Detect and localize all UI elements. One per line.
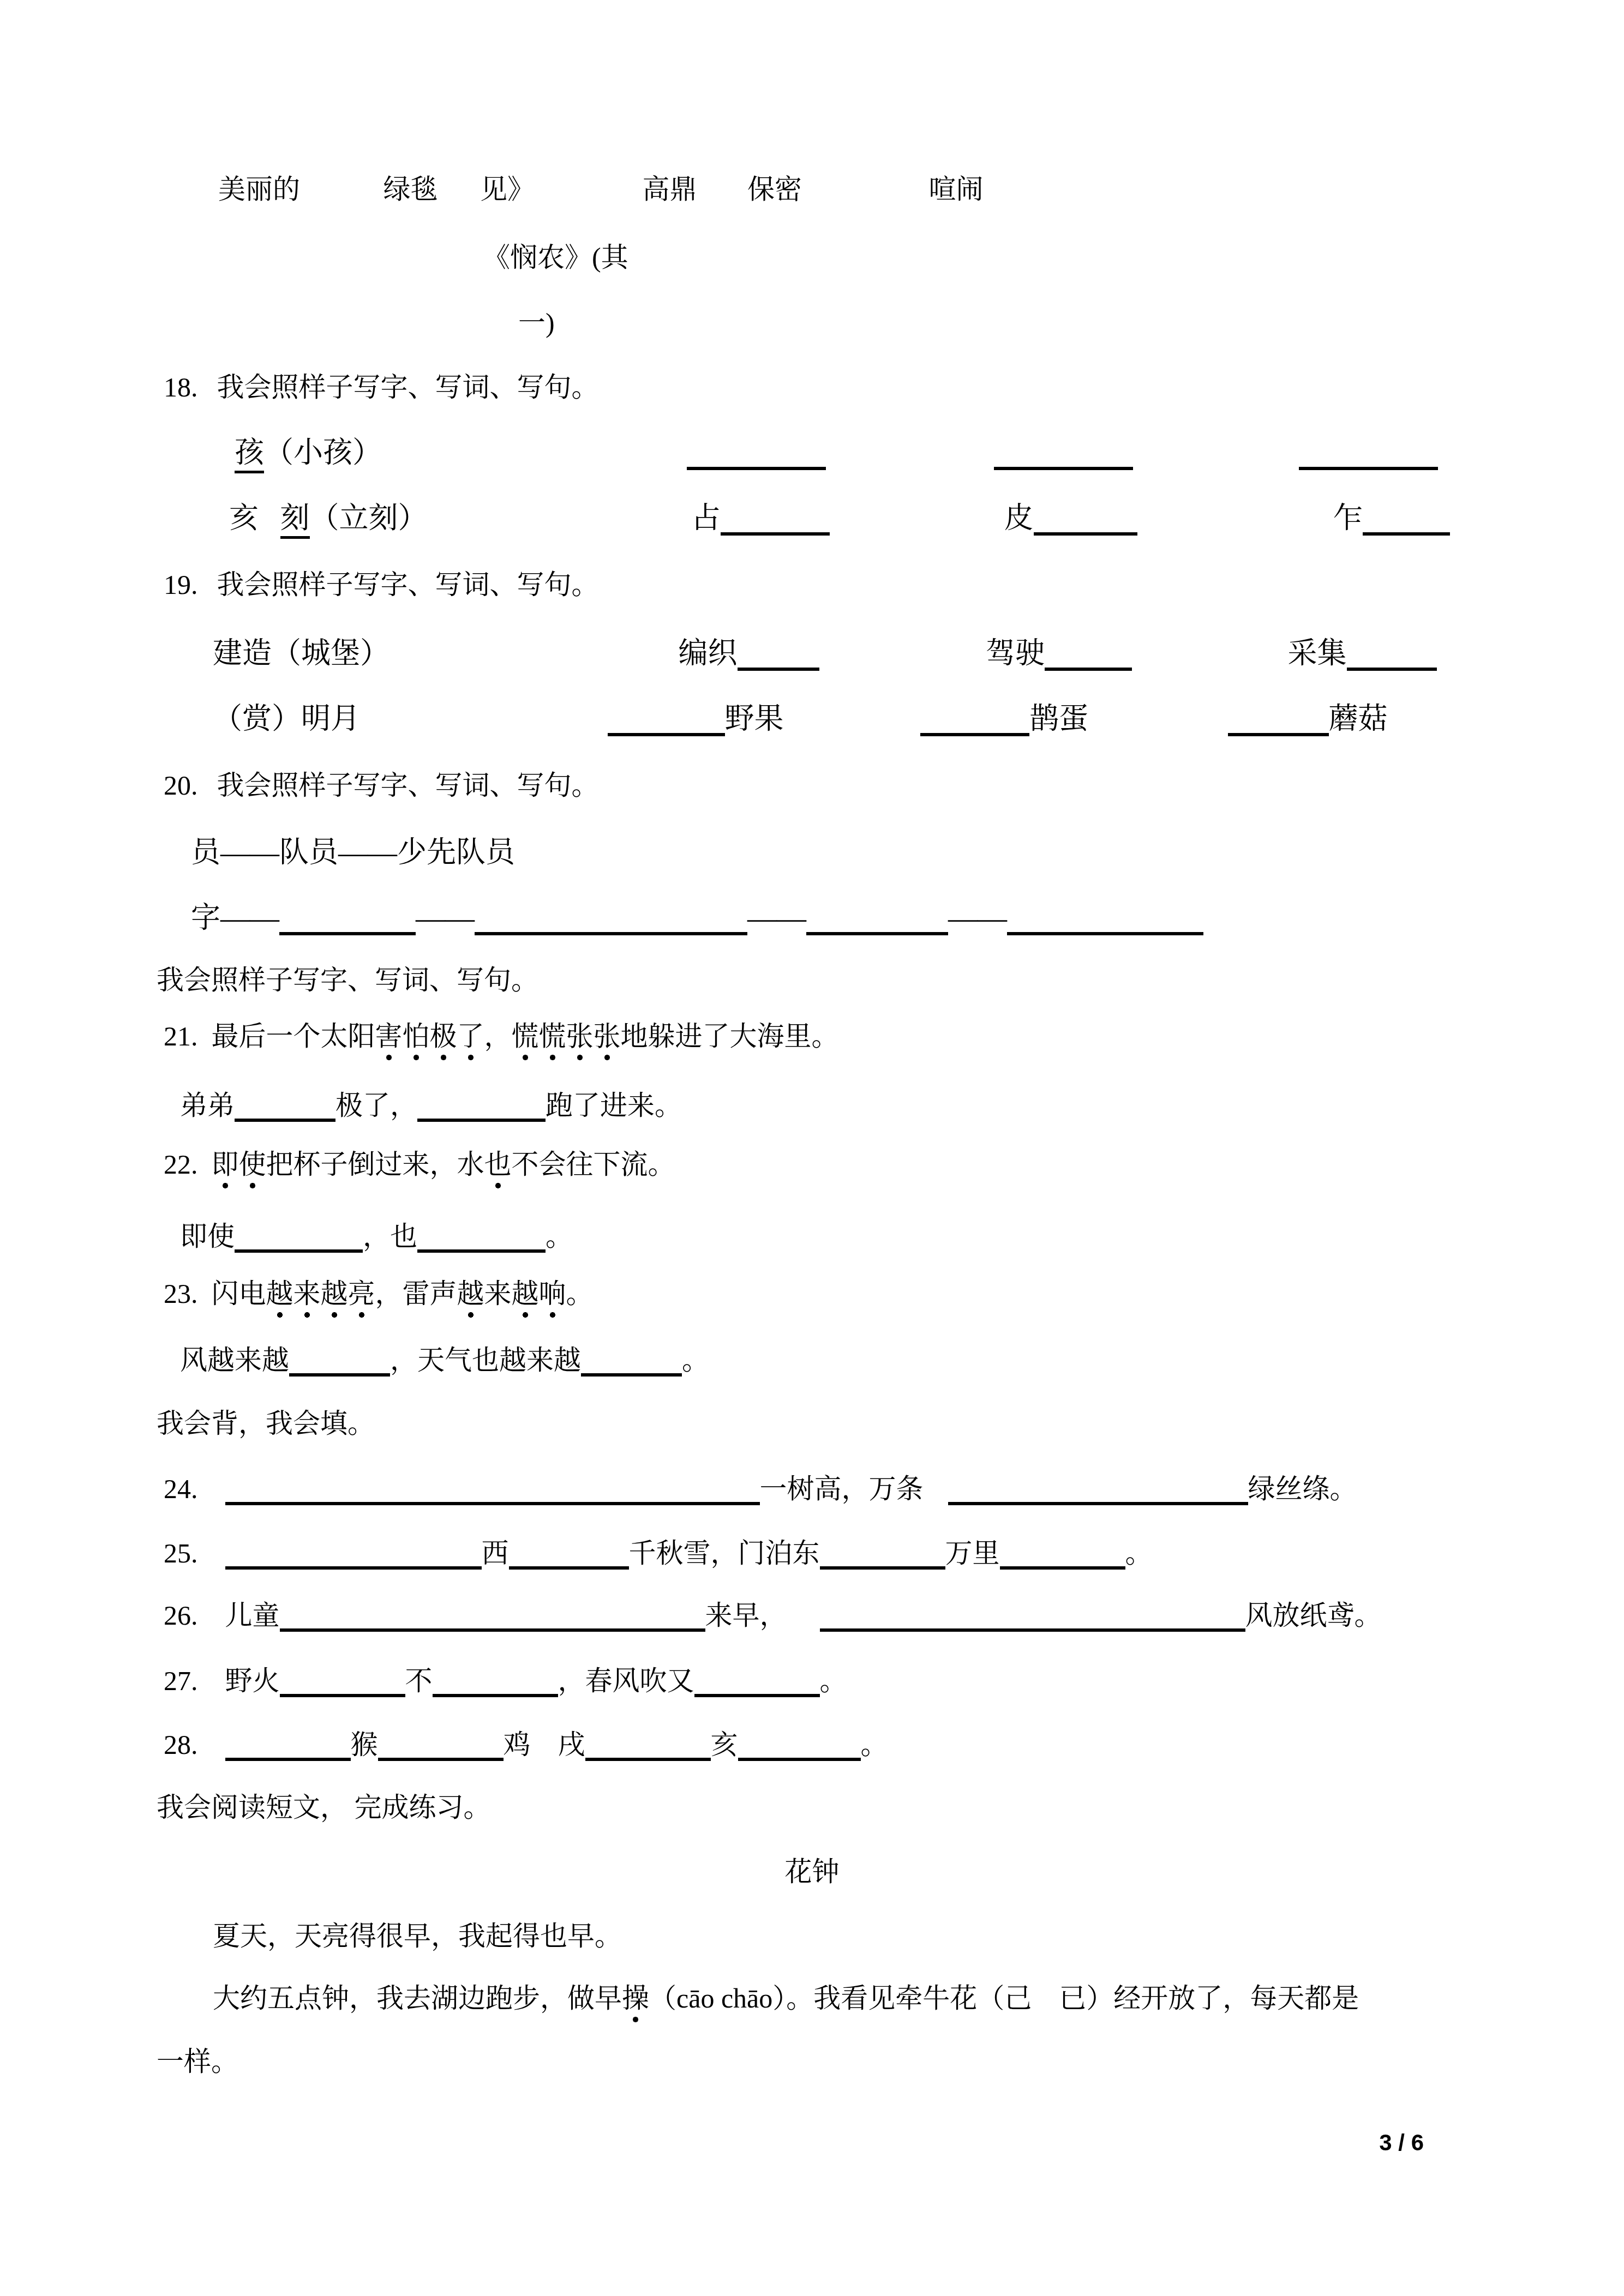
- question-19-row2: （赏）明月 野果 鹊蛋 蘑菇: [164, 700, 1388, 738]
- passage-segment: 大约五点钟，我去湖边跑步，做早: [213, 1983, 622, 2013]
- question-number: 28.: [164, 1729, 198, 1760]
- fill-text: 。: [546, 1221, 573, 1252]
- practice-word: 驾驶: [986, 637, 1045, 670]
- blank-line: [280, 1606, 705, 1632]
- fill-text: 风放纸鸢。: [1245, 1600, 1382, 1631]
- question-number: 25.: [164, 1538, 198, 1568]
- dash: ——: [416, 901, 475, 934]
- question-24: 24.一树高，万条绿丝绦。: [164, 1471, 1357, 1507]
- question-number: 27.: [164, 1666, 198, 1696]
- sentence-segment: 。: [566, 1278, 594, 1309]
- fill-text: 。: [682, 1345, 709, 1375]
- blank-line: [585, 1735, 711, 1762]
- sentence-segment: 闪电: [212, 1278, 266, 1309]
- question-27: 27.野火不，春风吹又。: [164, 1663, 847, 1699]
- fill-text: 一树高，万条: [760, 1474, 924, 1504]
- dash: ——: [747, 901, 806, 934]
- word-bank-item: 绿毯: [383, 172, 438, 207]
- blank-line: [225, 1543, 482, 1570]
- question-20-stem: 20.我会照样子写字、写词、写句。: [164, 768, 599, 803]
- passage-paragraph-1: 夏天，天亮得很早，我起得也早。: [213, 1919, 622, 1954]
- blank-line: [1363, 507, 1450, 536]
- question-text: 我会照样子写字、写词、写句。: [217, 569, 599, 600]
- fill-text: 风越来越: [180, 1345, 289, 1375]
- instruction-copy-sample: 我会照样子写字、写词、写句。: [157, 963, 538, 998]
- blank-line: [1299, 442, 1438, 470]
- question-text: 我会照样子写字、写词、写句。: [217, 770, 599, 801]
- question-18-row1: 孩（小孩）: [164, 434, 1438, 472]
- question-20-example: 员——队员——少先队员: [191, 833, 515, 871]
- blank-line: [289, 1350, 390, 1377]
- question-number: 21.: [164, 1021, 198, 1051]
- fill-text: 即使: [180, 1221, 235, 1252]
- example-char-underlined: 孩: [235, 436, 264, 473]
- blank-line: [475, 907, 747, 935]
- question-number: 20.: [164, 770, 198, 801]
- sentence-segment: 最后一个太阳: [212, 1021, 375, 1051]
- passage-paragraph-2-cont: 一样。: [157, 2044, 238, 2079]
- fill-text: 儿童: [225, 1600, 280, 1631]
- emphasized-text: 越响: [512, 1278, 566, 1320]
- poem-title-line2: 一): [518, 305, 555, 341]
- fill-text: 绿丝绦。: [1248, 1474, 1357, 1504]
- question-number: 18.: [164, 372, 198, 402]
- blank-line: [1045, 642, 1132, 671]
- blank-line: [1000, 1543, 1125, 1570]
- question-number: 23.: [164, 1278, 198, 1309]
- blank-line: [280, 1671, 405, 1698]
- instruction-recite-fill: 我会背，我会填。: [157, 1406, 375, 1441]
- fill-text: 。: [1125, 1538, 1153, 1568]
- dash: ——: [948, 901, 1007, 934]
- example-word: （小孩）: [264, 436, 382, 469]
- question-23-fill: 风越来越，天气也越来越。: [180, 1343, 709, 1378]
- word-bank-item: 见》: [480, 172, 535, 207]
- blank-line: [417, 1096, 546, 1122]
- fill-text: 极了，: [335, 1090, 417, 1121]
- sentence-segment: 把杯子倒过来，水: [266, 1149, 484, 1180]
- question-21-fill: 弟弟极了，跑了进来。: [180, 1088, 682, 1123]
- question-21-stem: 21.最后一个太阳害怕极了，慌慌张张地躲进了大海里。: [164, 1019, 839, 1054]
- emphasized-text: 也: [484, 1149, 512, 1191]
- emphasized-text: 越: [457, 1278, 484, 1320]
- fill-text: 亥: [711, 1729, 738, 1760]
- question-number: 26.: [164, 1600, 198, 1631]
- question-text: 我会照样子写字、写词、写句。: [217, 372, 599, 402]
- emphasized-text: 害怕极了: [375, 1021, 484, 1062]
- question-20-fill: 字————————: [191, 899, 1203, 937]
- blank-line: [820, 1543, 945, 1570]
- question-number: 22.: [164, 1149, 198, 1180]
- start-char: 字: [191, 901, 220, 934]
- fill-text: 弟弟: [180, 1090, 235, 1121]
- sentence-segment: 不会往下流。: [512, 1149, 675, 1180]
- practice-char: 皮: [1004, 502, 1034, 534]
- word-bank-item: 喧闹: [929, 172, 984, 207]
- blank-line: [509, 1543, 629, 1570]
- blank-line: [694, 1671, 820, 1698]
- question-19-row1: 建造（城堡） 编织 驾驶 采集: [164, 634, 1437, 672]
- practice-char: 占: [691, 502, 721, 534]
- blank-line: [994, 442, 1133, 470]
- fill-text: ，天气也越来越: [390, 1345, 581, 1375]
- fill-text: 万里: [945, 1538, 1000, 1568]
- blank-line: [417, 1227, 546, 1253]
- fill-text: 跑了进来。: [546, 1090, 682, 1121]
- blank-line: [806, 907, 948, 935]
- blank-line: [1228, 708, 1329, 736]
- blank-line: [235, 1096, 335, 1122]
- blank-line: [1007, 907, 1203, 935]
- fill-text: 千秋雪，门泊东: [629, 1538, 820, 1568]
- blank-line: [738, 1735, 861, 1762]
- blank-line: [608, 708, 725, 736]
- emphasized-text: 即使: [212, 1149, 266, 1191]
- instruction-reading-task: 我会阅读短文， 完成练习。: [157, 1790, 491, 1825]
- page-number: 3 / 6: [1379, 2128, 1424, 2158]
- fill-text: 。: [861, 1729, 888, 1760]
- question-22-fill: 即使，也。: [180, 1219, 573, 1254]
- word-bank-row: 美丽的 绿毯 见》 高鼎 保密 喧闹: [164, 172, 984, 207]
- exam-page: 美丽的 绿毯 见》 高鼎 保密 喧闹 《悯农》(其 一) 18.我会照样子写字、…: [0, 0, 1624, 2296]
- practice-word: 鹊蛋: [1029, 702, 1088, 735]
- blank-line: [235, 1227, 363, 1253]
- practice-word: 蘑菇: [1329, 702, 1388, 735]
- blank-line: [1034, 507, 1137, 536]
- blank-line: [581, 1350, 682, 1377]
- blank-line: [920, 708, 1029, 736]
- emphasized-text: 操: [622, 1983, 649, 2024]
- blank-line: [820, 1606, 1245, 1632]
- blank-line: [687, 442, 826, 470]
- word-bank-item: 保密: [747, 172, 802, 207]
- emphasized-text: 越来越亮: [266, 1278, 375, 1320]
- practice-word: 采集: [1288, 637, 1347, 670]
- passage-title: 花钟: [0, 1854, 1624, 1890]
- blank-line: [721, 507, 830, 536]
- fill-text: 不: [405, 1666, 433, 1696]
- dash: ——: [220, 901, 279, 934]
- practice-char: 乍: [1333, 502, 1363, 534]
- derived-word: （立刻）: [310, 502, 428, 534]
- blank-line: [948, 1479, 1248, 1506]
- question-28: 28.猴鸡 戌亥。: [164, 1727, 888, 1763]
- question-26: 26.儿童来早，风放纸鸢。: [164, 1598, 1382, 1633]
- fill-text: ，也: [363, 1221, 417, 1252]
- fill-text: 。: [820, 1666, 847, 1696]
- question-22-stem: 22.即使把杯子倒过来，水也不会往下流。: [164, 1147, 675, 1182]
- blank-line: [225, 1735, 351, 1762]
- fill-text: 鸡 戌: [504, 1729, 585, 1760]
- derived-char-underlined: 刻: [280, 502, 310, 539]
- passage-paragraph-2: 大约五点钟，我去湖边跑步，做早操（cāo chāo）。我看见牵牛花（己 已）经开…: [213, 1981, 1359, 2016]
- fill-text: ，春风吹又: [558, 1666, 694, 1696]
- fill-text: 野火: [225, 1666, 280, 1696]
- question-19-stem: 19.我会照样子写字、写词、写句。: [164, 567, 599, 603]
- fill-text: 猴: [351, 1729, 378, 1760]
- fill-text: 来早，: [705, 1600, 787, 1631]
- question-18-row2: 亥 刻（立刻） 占 皮 乍: [164, 499, 1450, 537]
- question-23-stem: 23.闪电越来越亮，雷声越来越响。: [164, 1276, 594, 1312]
- poem-title-line1: 《悯农》(其: [483, 240, 628, 275]
- blank-line: [433, 1671, 558, 1698]
- practice-word: 野果: [725, 702, 784, 735]
- blank-line: [1347, 642, 1437, 671]
- practice-word: 编织: [679, 637, 738, 670]
- emphasized-text: 慌慌张张: [512, 1021, 621, 1062]
- word-bank-item: 高鼎: [643, 172, 697, 207]
- fill-text: 西: [482, 1538, 509, 1568]
- blank-line: [378, 1735, 504, 1762]
- question-number: 24.: [164, 1474, 198, 1504]
- base-char: 亥: [229, 502, 259, 534]
- blank-line: [738, 642, 819, 671]
- sentence-segment: ，: [484, 1021, 512, 1051]
- example-phrase: 建造（城堡）: [213, 637, 389, 670]
- word-bank-item: 美丽的: [218, 172, 300, 207]
- question-number: 19.: [164, 569, 198, 600]
- question-25: 25.西千秋雪，门泊东万里。: [164, 1536, 1153, 1571]
- blank-line: [279, 907, 416, 935]
- passage-segment: （cāo chāo）。我看见牵牛花（己 已）经开放了，每天都是: [649, 1983, 1359, 2013]
- sentence-segment: ，雷声: [375, 1278, 457, 1309]
- example-phrase: （赏）明月: [213, 702, 360, 735]
- sentence-segment: 地躲进了大海里。: [621, 1021, 839, 1051]
- sentence-segment: 来: [484, 1278, 512, 1309]
- question-18-stem: 18.我会照样子写字、写词、写句。: [164, 370, 599, 405]
- blank-line: [225, 1479, 760, 1506]
